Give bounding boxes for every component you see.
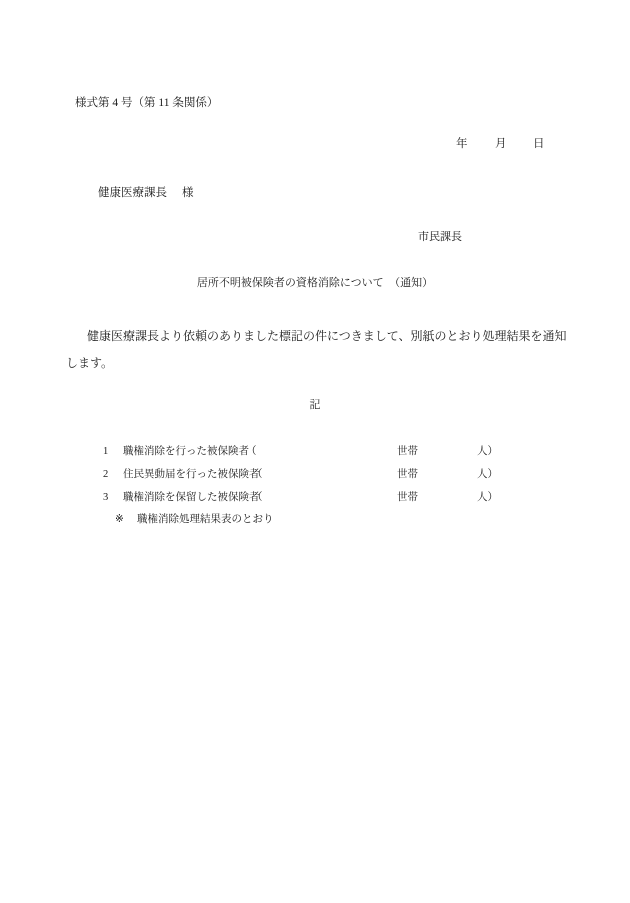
record-heading: 記 [0, 399, 630, 413]
sender-title: 市民課長 [418, 231, 462, 245]
note-mark: ※ [115, 513, 124, 526]
addressee-name: 健康医療課長 [98, 186, 167, 200]
household-unit-label: 世帯 [397, 445, 418, 458]
date-line: 年 月 日 [0, 137, 630, 153]
note-text: 職権消除処理結果表のとおり [137, 513, 274, 526]
document-title: 居所不明被保険者の資格消除について （通知） [0, 277, 630, 291]
paren-open: （ [252, 491, 263, 504]
addressee-honorific: 様 [182, 186, 194, 200]
addressee-line: 健康医療課長 様 [0, 186, 630, 202]
body-line-2: します。 [66, 356, 113, 371]
paren-open: （ [246, 445, 257, 458]
date-year-label: 年 [456, 137, 468, 151]
item-number: 3 [103, 491, 108, 504]
list-item: 1 職権消除を行った被保険者 （ 世帯 人） [0, 445, 630, 460]
person-unit-label: 人） [477, 445, 498, 458]
item-label: 職権消除を行った被保険者 [123, 445, 249, 458]
list-item: 2 住民異動届を行った被保険者 （ 世帯 人） [0, 468, 630, 483]
household-unit-label: 世帯 [397, 491, 418, 504]
note-line: ※ 職権消除処理結果表のとおり [0, 513, 630, 528]
item-number: 1 [103, 445, 108, 458]
list-item: 3 職権消除を保留した被保険者 （ 世帯 人） [0, 491, 630, 506]
document-page: 様式第 4 号（第 11 条関係） 年 月 日 健康医療課長 様 市民課長 居所… [0, 0, 630, 903]
paren-open: （ [252, 468, 263, 481]
item-label: 住民異動届を行った被保険者 [123, 468, 260, 481]
date-month-label: 月 [495, 137, 507, 151]
body-line-1: 健康医療課長より依頼のありました標記の件につきまして、別紙のとおり処理結果を通知 [66, 329, 567, 344]
household-unit-label: 世帯 [397, 468, 418, 481]
form-number: 様式第 4 号（第 11 条関係） [75, 96, 218, 110]
person-unit-label: 人） [477, 491, 498, 504]
item-number: 2 [103, 468, 108, 481]
item-label: 職権消除を保留した被保険者 [123, 491, 260, 504]
person-unit-label: 人） [477, 468, 498, 481]
date-day-label: 日 [533, 137, 545, 151]
